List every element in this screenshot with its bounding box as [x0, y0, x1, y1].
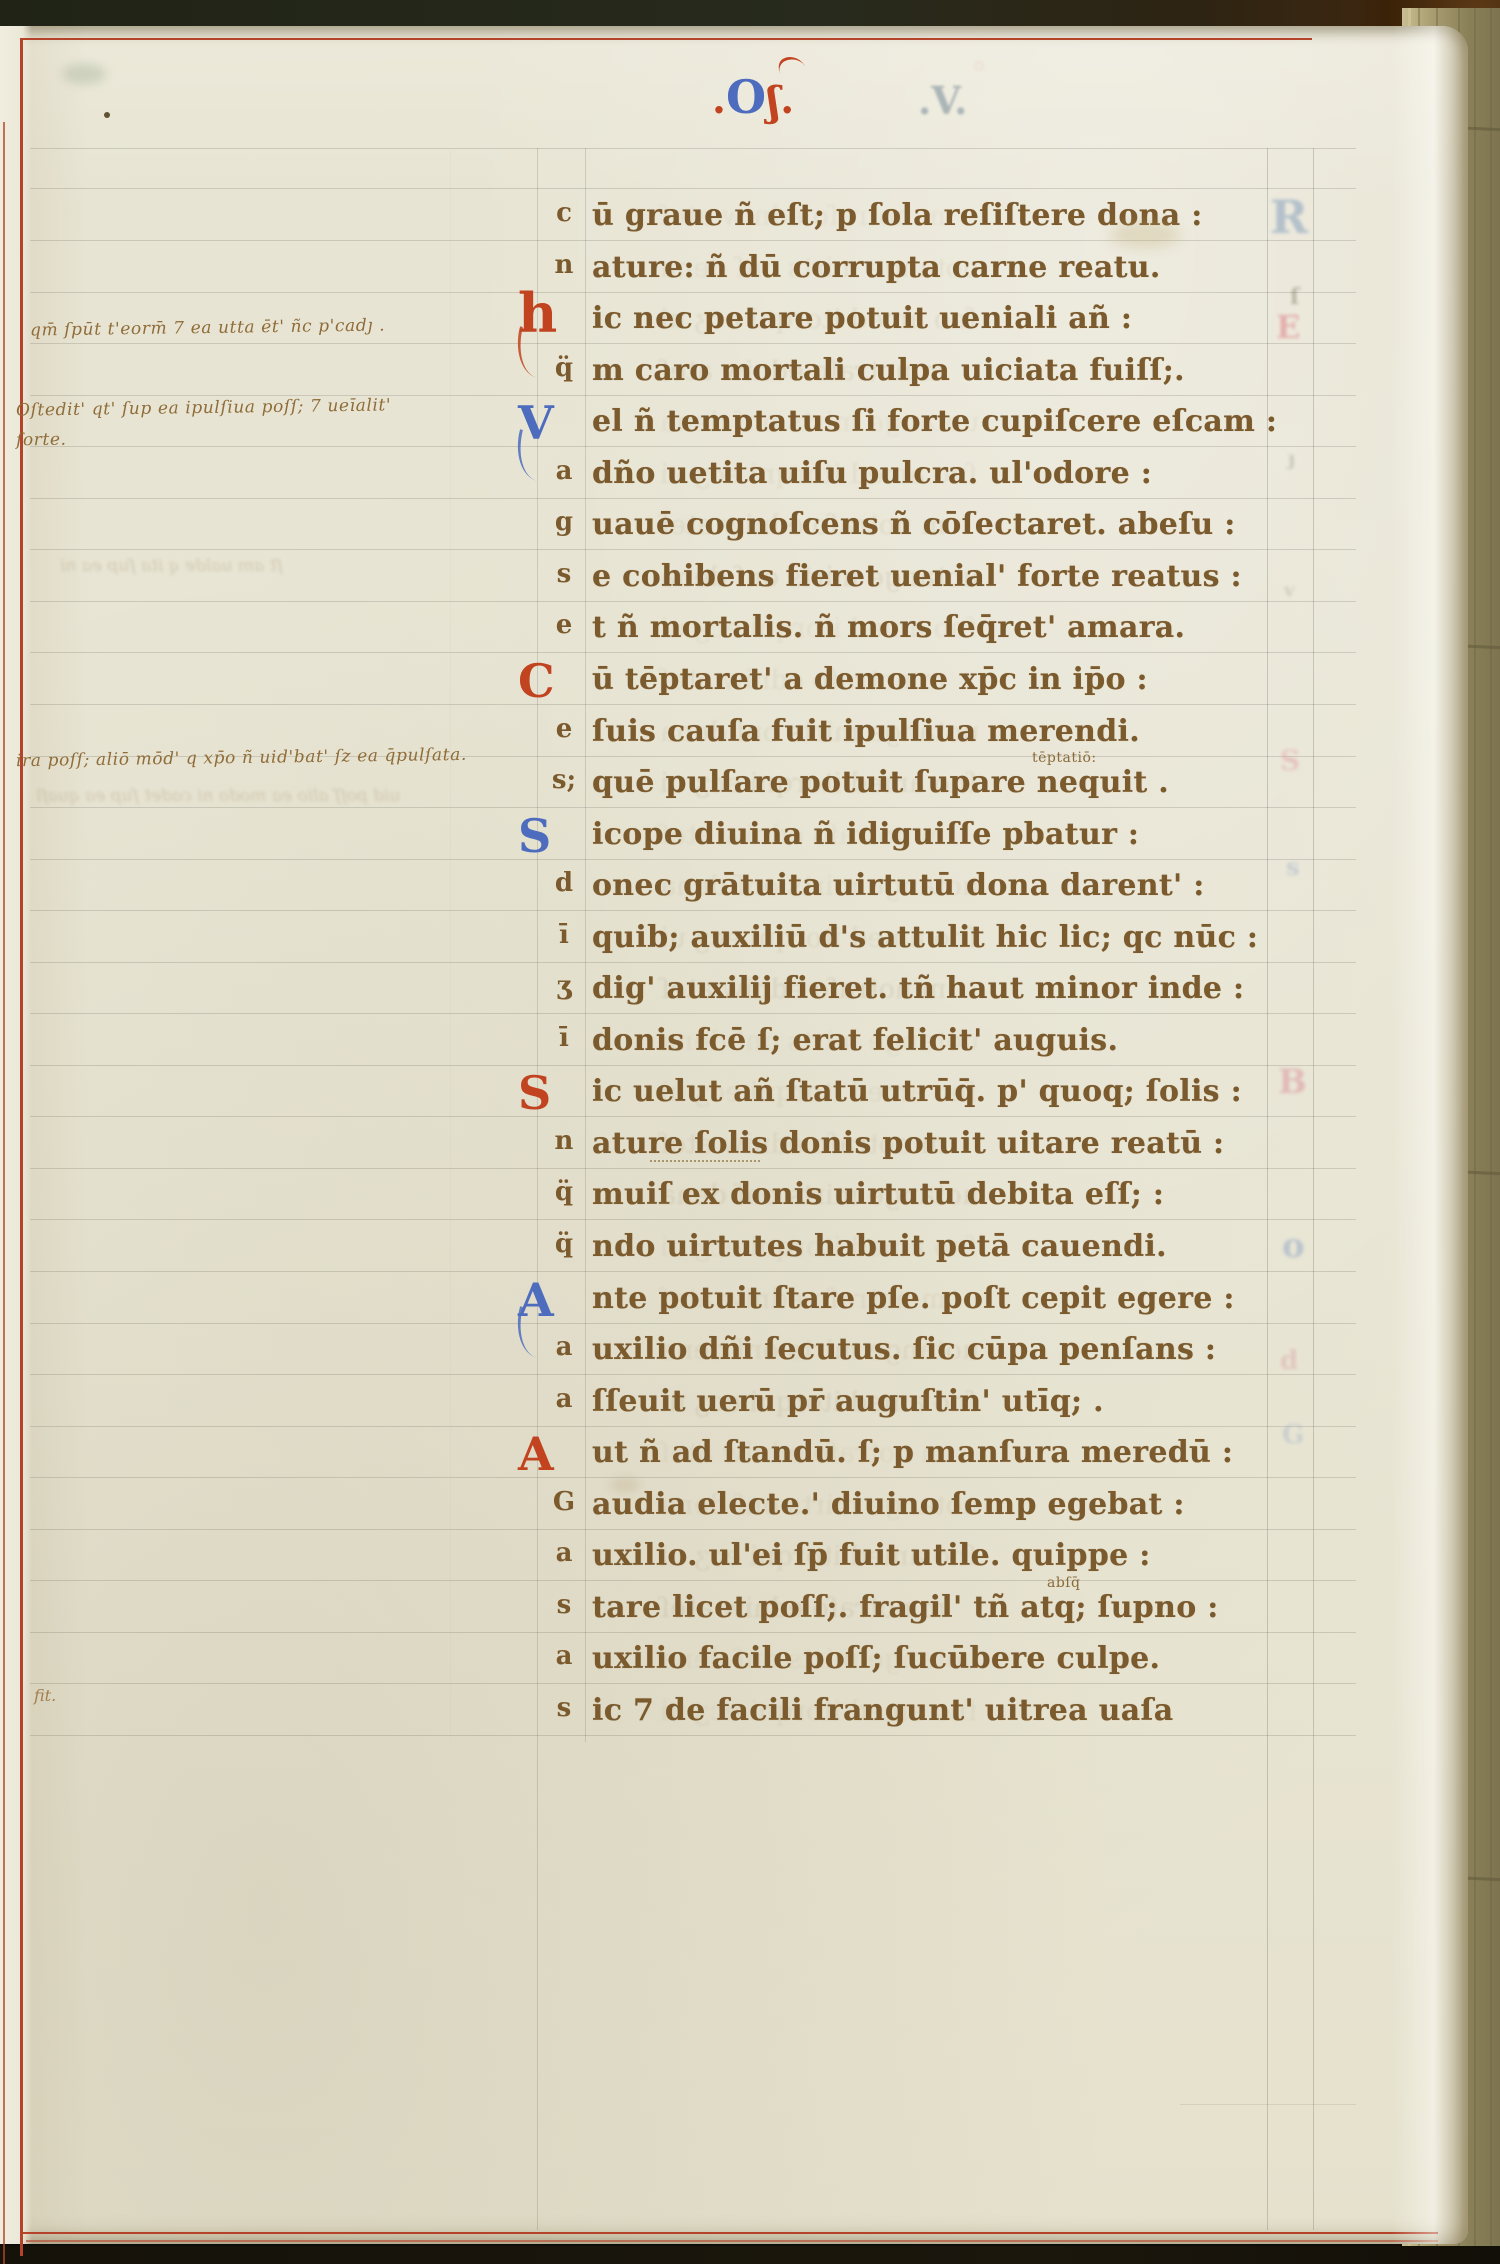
text-line: m notraſo edniw ateſnature ſolis donis p… [0, 1126, 1380, 1170]
verse-text: ic 7 de facili frangunt' uitrea uaſa [592, 1693, 1173, 1728]
verse-text: ic uelut añ ſtatū utrūq̄. p' quoq; ſolis… [592, 1074, 1242, 1109]
verse-text: uxilio. ul'ei ſp̄ fuit utile. quippe : [592, 1538, 1151, 1573]
manuscript-photo: .Oʃ. .V. m notraſo edniw ateſcū graue ñ … [0, 0, 1500, 2264]
interlinear-gloss: tēptatiō: [1032, 750, 1097, 766]
verse-text: icope diuina ñ idiguiſſe pbatur : [592, 817, 1139, 852]
line-initial: S [518, 1066, 578, 1120]
fore-edge-streak [1490, 8, 1492, 2252]
line-initial: a [545, 1641, 583, 1671]
line-initial: ī [545, 1023, 583, 1053]
text-line: uotange mirts onſ denaīdonis fcē ſ; erat… [0, 1023, 1380, 1067]
showthrough-initial: G [1282, 1420, 1304, 1450]
line-initial: n [545, 1126, 583, 1156]
line-initial: a [545, 1384, 583, 1414]
line-initial: s [545, 1693, 583, 1723]
margin-showthrough-text: uid poſſ alio ea modo ni cadet ſup ea qu… [36, 786, 400, 806]
line-initial: n [545, 250, 583, 280]
line-initial: s [545, 1590, 583, 1620]
line-initial: g [545, 507, 583, 537]
verse-text: e cohibens fieret uenial' forte reatus : [592, 559, 1242, 594]
showthrough-initial: o [1282, 1226, 1305, 1266]
text-line: ſno amed itorqni ecʒ uiSic uelut añ ſtat… [0, 1074, 1380, 1118]
verse-text: ut ñ ad ſtandū. ſ; p manſura meredū : [592, 1435, 1233, 1470]
line-initial: d [545, 868, 583, 898]
line-initial: C [518, 654, 578, 708]
verse-text: t ñ mortalis. ñ mors ſeq̄ret' amara. [592, 610, 1185, 645]
verse-text: muiſ ex donis uirtutū debita eſſ; : [592, 1177, 1164, 1212]
verse-text: dño uetita uiſu pulcra. ul'odore : [592, 456, 1152, 491]
showthrough-initial: s [1286, 852, 1300, 881]
text-line: ſno amed itorqni ecʒ uiet ñ mortalis. ñ … [0, 610, 1380, 654]
verse-text: audia electe.' diuino ſemp egebat : [592, 1487, 1185, 1522]
quire-signature: .Oʃ. [712, 70, 794, 126]
line-initial: G [545, 1487, 583, 1517]
verse-text: ū graue ñ eſt; p ſola reſiſtere dona : [592, 198, 1203, 233]
line-initial: a [545, 1332, 583, 1362]
binding-bottom-edge [0, 2246, 1500, 2264]
showthrough-initial: S [1280, 744, 1300, 777]
red-border-line [26, 2240, 1438, 2242]
showthrough-initial: ◦ [970, 50, 988, 85]
verse-text: uauē cognoſcens ñ cōſectaret. abeſu : [592, 507, 1236, 542]
expunction-dots [650, 1160, 760, 1162]
text-line: uotange mirts onſ denaauxilio dñi ſecutu… [0, 1332, 1380, 1376]
quire-suffix: ʃ [767, 78, 780, 125]
verse-text: quē pulſare potuit ſupare nequit . [592, 765, 1169, 800]
line-initial: a [545, 456, 583, 486]
verse-text: ature ſolis donis potuit uitare reatū : [592, 1126, 1224, 1161]
text-line: m notraſo edniw ateſCū tēptaret' a demon… [0, 662, 1380, 706]
text-line: ſno amed itorqni ecʒ uiīquib; auxiliū d'… [0, 920, 1380, 964]
quire-dot: . [712, 76, 726, 123]
verse-text: ſſeuit uerū pr̄ auguſtin' utīq; . [592, 1384, 1104, 1419]
line-initial: e [545, 610, 583, 640]
verse-text: el ñ temptatus ſi forte cupiſcere eſcam … [592, 404, 1277, 439]
line-initial: e [545, 714, 583, 744]
quire-letter: O [726, 70, 767, 124]
text-line: m notraſo edniw ateſq̈m caro mortali cul… [0, 353, 1380, 397]
verse-text: m caro mortali culpa uiciata fuiſſ;. [592, 353, 1185, 388]
text-line: uotange mirts onſ denaq̈muiſ ex donis ui… [0, 1177, 1380, 1221]
showthrough-initial: ȷ [1288, 446, 1295, 470]
verse-text: dig' auxilij fieret. tñ haut minor inde … [592, 971, 1244, 1006]
text-line: ſno amed itorqni ecʒ uiq̈ndo uirtutes ha… [0, 1229, 1380, 1273]
ruling-line [1180, 2104, 1356, 2105]
verse-text: tare licet poſſ;. fragil' tñ atq; ſupno … [592, 1590, 1219, 1625]
margin-showthrough-text: ſt am ualde q ita ſup ea ni [60, 556, 283, 576]
ruling-line [30, 148, 1356, 149]
line-initial: ī [545, 920, 583, 950]
line-initial: q̈ [545, 353, 583, 383]
showthrough-initial: R [1270, 190, 1308, 244]
ruling-line [30, 188, 1356, 189]
red-border-line [20, 38, 1312, 40]
margin-note: ſorte. [16, 430, 67, 451]
quire-dot: . [780, 76, 794, 123]
line-initial: a [545, 1538, 583, 1568]
fore-edge-streak [1474, 8, 1476, 2252]
stain [610, 1478, 640, 1492]
red-border-line [20, 2232, 1438, 2234]
stain [62, 64, 106, 84]
line-initial: q̈ [545, 1177, 583, 1207]
text-line: ſno amed itorqni ecʒ uisic 7 de facili f… [0, 1693, 1380, 1737]
text-line: ſno amed itorqni ecʒ uiaſſeuit uerū pr̄ … [0, 1384, 1380, 1428]
stain [104, 112, 110, 118]
verse-text: uxilio facile poſſ; ſucūbere culpe. [592, 1641, 1160, 1676]
line-initial: q̈ [545, 1229, 583, 1259]
text-line: uotange mirts onſ denaGaudia electe.' di… [0, 1487, 1380, 1531]
text-line: m notraſo edniw ateſSicope diuina ñ idig… [0, 817, 1380, 861]
verse-text: ature: ñ dū corrupta carne reatu. [592, 250, 1161, 285]
text-line: uotange mirts onſ denaauxilio facile poſ… [0, 1641, 1380, 1685]
verse-text: nte potuit ſtare pſe. poſt cepit egere : [592, 1281, 1235, 1316]
verse-text: onec grātuita uirtutū dona darent' : [592, 868, 1205, 903]
corner-annotation: fit. [34, 1686, 56, 1705]
manuscript-page: .Oʃ. .V. m notraſo edniw ateſcū graue ñ … [0, 26, 1468, 2244]
verso-showthrough-mark: .V. [918, 78, 967, 123]
showthrough-initial: ſ [1290, 284, 1299, 310]
verse-text: ſuis cauſa fuit ipulſiua merendi. [592, 714, 1140, 749]
text-line: m notraſo edniw ateſstare licet poſſ;. f… [0, 1590, 1380, 1634]
line-initial: A [518, 1427, 578, 1481]
text-line: uotange mirts onſ denadonec grātuita uir… [0, 868, 1380, 912]
verse-text: ic nec petare potuit ueniali añ : [592, 301, 1132, 336]
showthrough-initial: v [1284, 580, 1294, 601]
line-initial: S [518, 809, 578, 863]
showthrough-initial: B [1278, 1062, 1307, 1102]
interlinear-gloss: abſq̄ [1047, 1575, 1080, 1591]
line-initial: c [545, 198, 583, 228]
showthrough-initial: d [1280, 1346, 1298, 1376]
verse-text: quib; auxiliū d's attulit hic lic; qc nū… [592, 920, 1258, 955]
verse-text: uxilio dñi ſecutus. ſic cūpa penſans : [592, 1332, 1216, 1367]
page-edge-curl [1392, 26, 1468, 2244]
showthrough-initial: E [1276, 308, 1300, 346]
text-line: m notraſo edniw ateſguauē cognoſcens ñ c… [0, 507, 1380, 551]
line-initial: s; [545, 765, 583, 795]
verse-text: donis fcē ſ; erat felicit' auguis. [592, 1023, 1118, 1058]
text-line: m notraſo edniw ateſAut ñ ad ſtandū. ſ; … [0, 1435, 1380, 1479]
verse-text: ndo uirtutes habuit petā cauendi. [592, 1229, 1167, 1264]
text-line: ſno amed itorqni ecʒ uiauxilio. ul'ei ſp… [0, 1538, 1380, 1582]
verse-text: ū tēptaret' a demone xp̄c in ip̄o : [592, 662, 1148, 697]
line-initial: ʒ [545, 971, 583, 1001]
text-line: m notraſo edniw ateſAnte potuit ſtare pſ… [0, 1281, 1380, 1325]
text-line: uotange mirts onſ denanature: ñ dū corru… [0, 250, 1380, 294]
stain [1110, 222, 1180, 248]
line-initial: s [545, 559, 583, 589]
text-line: ſno amed itorqni ecʒ uiadño uetita uiſu … [0, 456, 1380, 500]
text-line: m notraſo edniw ateſʒdig' auxilij fieret… [0, 971, 1380, 1015]
